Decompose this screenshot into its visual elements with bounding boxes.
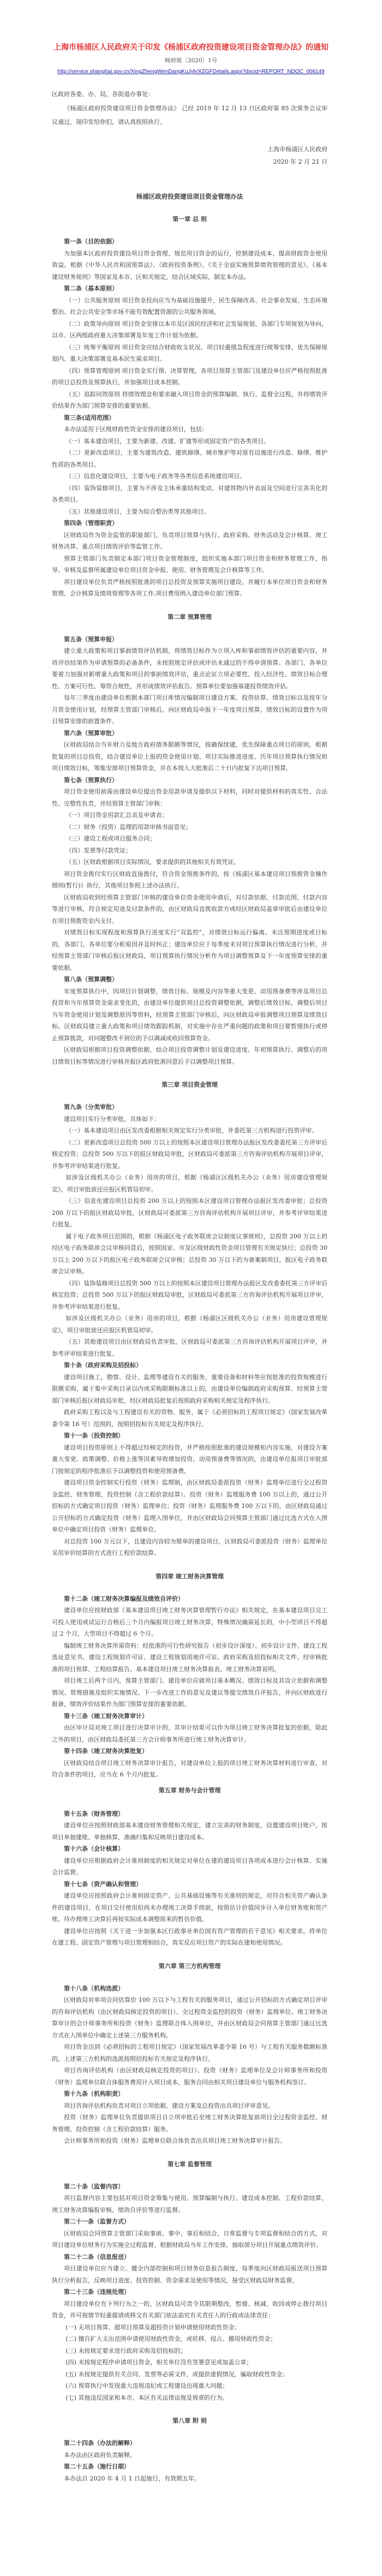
- article-heading: 第二条（基本原则）: [52, 283, 327, 295]
- article-list-item: （五）区财政根据项目实际情况，要求提供的其他相关有效凭证。: [52, 856, 327, 868]
- article-list-item: （四）装饰装修项目总投资 500 万以上的按照本区建设项目管理办法报区发改委委托…: [52, 1278, 327, 1313]
- article-list-item: （三）信息化建设项目，主要为电子政务等各类信息系统建设项目。: [52, 470, 327, 482]
- article-paragraph: 项目咨询评估机构负责对项目立项依据、建设方案及总投资出具项目评审意见。: [52, 2100, 327, 2112]
- chapter-heading: 第三章 项目资金管理: [52, 1080, 327, 1090]
- article-list-item: （四）预算管理原则 项目资金实行预、决算管理，各项目预算主管部门及建设单位应严格…: [52, 365, 327, 389]
- article-list-item: (一) 无项目预算、超项目预算及超投资计划申请使用财政性资金；: [52, 2322, 327, 2334]
- chapter-heading: 第一章 总 则: [52, 214, 327, 225]
- article-paragraph: 会计师事务所和投资（财务）监理单位联合体负责出具项目竣工财务决算审计报告。: [52, 2135, 327, 2147]
- article-paragraph: 区财政局结合当年财力及地方政府债务限额等情况，按确保续建，优先保障重点项目的原则…: [52, 739, 327, 774]
- article-paragraph: 项目资金拨付实行区财政直接拨付，符合资金预拨条件的，按《杨浦区基本建设项目预拨资…: [52, 868, 327, 892]
- article-list-item: （五）其他建设项目，主要为综合整治类等其他项目。: [52, 506, 327, 518]
- article-paragraph: 区财政局结合项目竣工财务决算审计报告，对建设单位上报的项目竣工财务决算材料进行审…: [52, 1757, 327, 1781]
- article-heading: 第八条（预算调整）: [52, 974, 327, 986]
- chapter-heading: 第五章 财务与会计管理: [52, 1785, 327, 1796]
- article-paragraph: 区财政局收到经预算主管部门审核的建设单位资金使用申请后，对付款依据、付款范围、付…: [52, 892, 327, 927]
- article-paragraph: 项目竣工后两个月内，预算主管部门、建设单位应就项目基本概况、绩效目标及其设立依据…: [52, 1675, 327, 1710]
- chapter-heading: 第六章 第三方机构管理: [52, 1961, 327, 1972]
- article-paragraph: 建设单位应按照财政部基本建设财务管理相关规定，建立完善的财务制度，设置建设项目账…: [52, 1820, 327, 1843]
- article-heading: 第二十二条（信息报送）: [52, 2251, 327, 2263]
- article-heading: 第十三条（竣工财务决算审计）: [52, 1710, 327, 1722]
- article-list-item: （三）统筹平衡原则 项目资金应结合财政收支状况、项目轻重缓急程度进行统筹安排，优…: [52, 342, 327, 365]
- article-heading: 第十七条（资产确认和管理）: [52, 1879, 327, 1891]
- article-paragraph: 项目资金使用前需由建设单位提出资金用款申请及提供以下材料，同时对提供材料的真实性…: [52, 786, 327, 809]
- article-paragraph: 区财政局对单项合同估算价 100 万以下与工程有关的服务项目，通过公开招标的方式…: [52, 1994, 327, 2041]
- chapter-section: 第二十四条（办法的解释）本办法由区政府负责解释。第二十五条（施行日期）本办法自 …: [52, 2437, 327, 2484]
- chapter-heading: 第二章 预算管理: [52, 612, 327, 623]
- article-heading: 第十一条（投资控制）: [52, 1430, 327, 1442]
- notice-body: 区政府各委、办、局，各街道办事处： 《杨浦区政府投资建设项目资金管理办法》 已经…: [0, 87, 382, 2484]
- article-heading: 第十四条（竣工财务决算批复）: [52, 1745, 327, 1757]
- article-paragraph: 本办法由区政府负责解释。: [52, 2449, 327, 2461]
- article-list-item: （二）更新改造项目总投资 500 万以上的按照本区建设项目管理办法报区发改委委托…: [52, 1137, 327, 1172]
- article-paragraph: 每年三季度由建设单位根据本部门项目库情况编制项目建设方案、投资估算、绩效目标以及…: [52, 692, 327, 728]
- article-paragraph: 投资（财务）监理单位负责提供项目自立项审批后至竣工财务决算批复前项目全过程资金监…: [52, 2112, 327, 2135]
- chapter-heading: 第八章 附 则: [52, 2416, 327, 2426]
- article-heading: 第十六条（会计核算）: [52, 1843, 327, 1855]
- signature-date: 2020 年 2 月 21 日: [52, 156, 327, 168]
- article-list-item: （一）项目资金用款汇总表及申请表；: [52, 809, 327, 821]
- article-list-item: (二) 擅自扩大支出范围申请使用财政性资金，或转移、侵占、挪用财政性资金；: [52, 2333, 327, 2345]
- chapter-section: 第十八条（机构选派）区财政局对单项合同估算价 100 万以下与工程有关的服务项目…: [52, 1983, 327, 2147]
- chapters-container: 第一章 总 则第一条（目的依据）为加强本区政府投资建设项目资金管理，规范项目资金…: [52, 214, 327, 2484]
- article-heading: 第二十一条（监督方式）: [52, 2216, 327, 2228]
- chapter-section: 第九条（分类审批）建设项目实行分类审批，具体如下：（一）基本建设项目由区发改委根…: [52, 1101, 327, 1559]
- article-heading: 第十九条（机构职责）: [52, 2088, 327, 2100]
- article-paragraph: 政府采购工程以及与工程建设有关的货物、服务，属于《必须招标的工程项目规定》（国家…: [52, 1406, 327, 1430]
- article-paragraph: 本办法适用于区级财政性资金安排的建设项目，包括：: [52, 424, 327, 436]
- article-list-item: （四）发票等付款凭证；: [52, 845, 327, 857]
- article-paragraph: 建设项目实行分类审批，具体如下：: [52, 1113, 327, 1125]
- article-paragraph: 建立重大政策和项目事前绩效评估机制，将绩效目标作为立项入库和事前绩效评估的重要内…: [52, 645, 327, 692]
- measures-title: 杨浦区政府投资建设项目资金管理办法: [52, 191, 327, 202]
- article-paragraph: 建设单位应按照《关于进一步加强本区行政事业单位国有资产管理的若干意见》相关要求，…: [52, 1925, 327, 1949]
- article-paragraph: 预算主管部门负责制定本部门项目资金管理制度，组织实施本部门项目资金和财务管理工作…: [52, 553, 327, 576]
- article-list-item: （四）装饰装修项目，主要为不涉及主体承重结构变动，对建筑物内外表面及空间进行完善…: [52, 482, 327, 506]
- article-paragraph: 编制竣工财务决算所需资料：经批准的可行性研究报告（初步设计深度）、初步设计文件、…: [52, 1640, 327, 1675]
- article-list-item: （五）追踪问效原则 将绩效理念和要求融入项目资金的预算编制、执行、监督全过程，并…: [52, 389, 327, 412]
- article-list-item: 如涉及区级机关办公（业务）用房的项目，根据《杨浦区区级机关办公（业务）用房建设管…: [52, 1172, 327, 1195]
- article-list-item: （三）建设工程或项目服务合同；: [52, 833, 327, 845]
- signer: 上海市杨浦区人民政府: [52, 143, 327, 156]
- article-paragraph: 对绩效目标实现程度和预算执行进度实行“双监控”，对绩效目标运行偏离、未达预期进度…: [52, 927, 327, 974]
- article-list-item: （一）基本建设项目，主要为新建、改建、扩建等形成固定资产的各类项目。: [52, 436, 327, 448]
- article-paragraph: 建设单位应按财政部《基本建设项目竣工财务决算管理暂行办法》相关规定，在基本建设项…: [52, 1605, 327, 1640]
- article-paragraph: 为加强本区政府投资建设项目资金管理，规范项目资金的运行，控制建设成本，提高财政资…: [52, 248, 327, 283]
- article-list-item: (七) 其他违反国家和本市、本区有关法律法规及规章的行为。: [52, 2392, 327, 2404]
- source-link[interactable]: http://service.shanghai.gov.cn/XingZheng…: [0, 68, 382, 76]
- chapter-section: 第五条（预算申报）建立重大政策和项目事前绩效评估机制，将绩效目标作为立项入库和事…: [52, 634, 327, 1068]
- article-paragraph: 项目资金达到《必须招标的工程项目规定》（国家发展改革委令第 16 号）与工程有关…: [52, 2041, 327, 2065]
- article-paragraph: 区财政局会同预算主管部门采取事前、事中、事后相结合，日常监督与专项监督相结合的方…: [52, 2228, 327, 2251]
- article-heading: 第二十四条（办法的解释）: [52, 2437, 327, 2449]
- article-paragraph: 项目建设单位应当建立、健全内部控制和项目财务信息报告制度，每季度向区财政局报送项…: [52, 2263, 327, 2286]
- article-list-item: （一）公共服务原则 项目资金投向应当为基础设施提升、民生保障改善、社会事业发展、…: [52, 295, 327, 318]
- chapter-heading: 第四章 竣工财务决算管理: [52, 1571, 327, 1582]
- article-heading: 第六条（预算审批）: [52, 728, 327, 740]
- article-list-item: (三) 未按规定要求进行政府采购及招投标的；: [52, 2345, 327, 2357]
- article-list-item: （二）政策导向原则 项目资金安排以本市及区国民经济和社会发展规划、各部门专项规划…: [52, 318, 327, 342]
- article-heading: 第九条（分类审批）: [52, 1101, 327, 1113]
- chapter-heading: 第七章 监督管理: [52, 2159, 327, 2170]
- article-list-item: （三）信息化建设项目总投资 200 万以上的按照本区建设项目管理办法报区发改委审…: [52, 1195, 327, 1231]
- article-heading: 第二十三条（违规处理）: [52, 2286, 327, 2298]
- article-list-item: (六) 预算执行中发现重大违规违纪或工程建设出现重大问题；: [52, 2380, 327, 2392]
- article-list-item: (五) 未按规定提供有关合同、发票等必需文件，或提供虚假情况，骗取财政性资金；: [52, 2369, 327, 2381]
- document-number: 杨府规〔2020〕1号: [0, 56, 382, 65]
- article-heading: 第二十条（监督内容）: [52, 2181, 327, 2193]
- article-heading: 第十二条（竣工财务决算编报及绩效自评价）: [52, 1593, 327, 1605]
- document-title: 上海市杨浦区人民政府关于印发《杨浦区政府投资建设项目资金管理办法》的通知: [0, 0, 382, 53]
- article-list-item: （五）其他建设项目由区财政局负责审批，区财政局可委派第三方咨询评估机构开展项目评…: [52, 1336, 327, 1359]
- article-heading: 第二十五条（施行日期）: [52, 2461, 327, 2473]
- article-paragraph: 区财政局作为资金监管的职能部门，负责项目预算与执行、政府采购、财务活动及会计核算…: [52, 529, 327, 553]
- article-heading: 第三条(适用范围）: [52, 412, 327, 424]
- article-list-item: 属于电子政务项目范围的，根据《杨浦区电子政务联席会议制度议事规则》，总投资 20…: [52, 1231, 327, 1278]
- chapter-section: 第一条（目的依据）为加强本区政府投资建设项目资金管理，规范项目资金的运行，控制建…: [52, 236, 327, 600]
- article-heading: 第七条（预算执行）: [52, 774, 327, 786]
- article-paragraph: 年度预算执行中，因项目计划调整，绩效目标、规模及内容等重大变更、动用预备费等涉及…: [52, 986, 327, 1045]
- article-paragraph: 项目建设单位负责严格按照批准的项目总投资及预算实施项目建设，并履行本单位项目资金…: [52, 576, 327, 600]
- notice-text: 《杨浦区政府投资建设项目资金管理办法》 已经 2019 年 12 月 13 日区…: [52, 102, 327, 129]
- article-heading: 第五条（预算申报）: [52, 634, 327, 646]
- article-paragraph: 建设项目施工，勘察、设计、监理等建设有关的服务，重要设备和材料等应按批准的投资规…: [52, 1372, 327, 1407]
- article-heading: 第十五条（财务管理）: [52, 1808, 327, 1820]
- article-paragraph: 由区审计局对竣工项目进行决算审计的，其审计结果可以作为项目竣工财务决算批复的依据…: [52, 1722, 327, 1745]
- article-paragraph: 对总投资 100 万元以下，且建设内容较为简单的建设项目，区财政局可委派投资（财…: [52, 1536, 327, 1559]
- article-heading: 第一条（目的依据）: [52, 236, 327, 248]
- article-heading: 第十八条（机构选派）: [52, 1983, 327, 1995]
- article-list-item: 如涉及区级机关办公（业务）用房的项目，根据《杨浦区区级机关办公（业务）用房建设管…: [52, 1313, 327, 1336]
- article-list-item: (四) 未按规定程序申请项目资金，相关单位没有签署意见或加盖公章；: [52, 2357, 327, 2369]
- article-heading: 第十条（政府采购及招投标）: [52, 1359, 327, 1372]
- chapter-section: 第十二条（竣工财务决算编报及绩效自评价）建设单位应按财政部《基本建设项目竣工财务…: [52, 1593, 327, 1781]
- article-list-item: （一）基本建设项目由区发改委根据相关规定实行分类审批，并委托第三方机构进行投资评…: [52, 1125, 327, 1137]
- article-paragraph: 建设项目投资原则上不得超过经核定的投资，并严格按照批准的建设规模和内容实施，对建…: [52, 1442, 327, 1477]
- article-list-item: （二）财务（投资）监理的用款审核书面意见；: [52, 821, 327, 833]
- article-paragraph: 本办法自 2020 年 4 月 1 日起施行，有效期五年。: [52, 2473, 327, 2485]
- chapter-section: 第二十条（监督内容）项目监督内容主要包括对项目资金筹集与使用、预算编制与执行、建…: [52, 2181, 327, 2404]
- notice-salutation: 区政府各委、办、局，各街道办事处：: [52, 87, 327, 102]
- article-paragraph: 建设单位应按照政府会计准则固定资产、公共基础设施等有关准则的规定，对符合相关资产…: [52, 1890, 327, 1925]
- article-paragraph: 建设单位应根据政府会计准则制度的相关规定对单位在建的建设项目各项成本进行会计核算…: [52, 1855, 327, 1879]
- article-paragraph: 项目咨询评估机构（由区财政局核定投资的项目）、投资（财务）监理单位及会计师事务所…: [52, 2065, 327, 2088]
- article-paragraph: 建设项目资金控制实行投资（财务）监理制，由区财政局委派投资（财务）监理单位进行全…: [52, 1477, 327, 1536]
- article-heading: 第四条（管理职责）: [52, 517, 327, 529]
- document-page: 上海市杨浦区人民政府关于印发《杨浦区政府投资建设项目资金管理办法》的通知 杨府规…: [0, 0, 382, 2517]
- chapter-section: 第十五条（财务管理）建设单位应按照财政部基本建设财务管理相关规定，建立完善的财务…: [52, 1808, 327, 1949]
- article-list-item: （二）更新改造项目，主要为建筑改造、建筑修缮、城市维护等对原有设施进行改造、修缮…: [52, 447, 327, 470]
- article-paragraph: 项目监督内容主要包括对项目资金筹集与使用、预算编制与执行、建设成本控制、工程价款…: [52, 2192, 327, 2216]
- article-paragraph: 区财政局根据项目投资调整依据，结合项目投资调整计划及建设进度、年初预算执行、调整…: [52, 1044, 327, 1068]
- notice-signature: 上海市杨浦区人民政府 2020 年 2 月 21 日: [52, 143, 327, 168]
- article-paragraph: 项目建设单位有下列行为之一的，区财政局可责令其限期整改，暂缓、核减、收回或停止拨…: [52, 2298, 327, 2322]
